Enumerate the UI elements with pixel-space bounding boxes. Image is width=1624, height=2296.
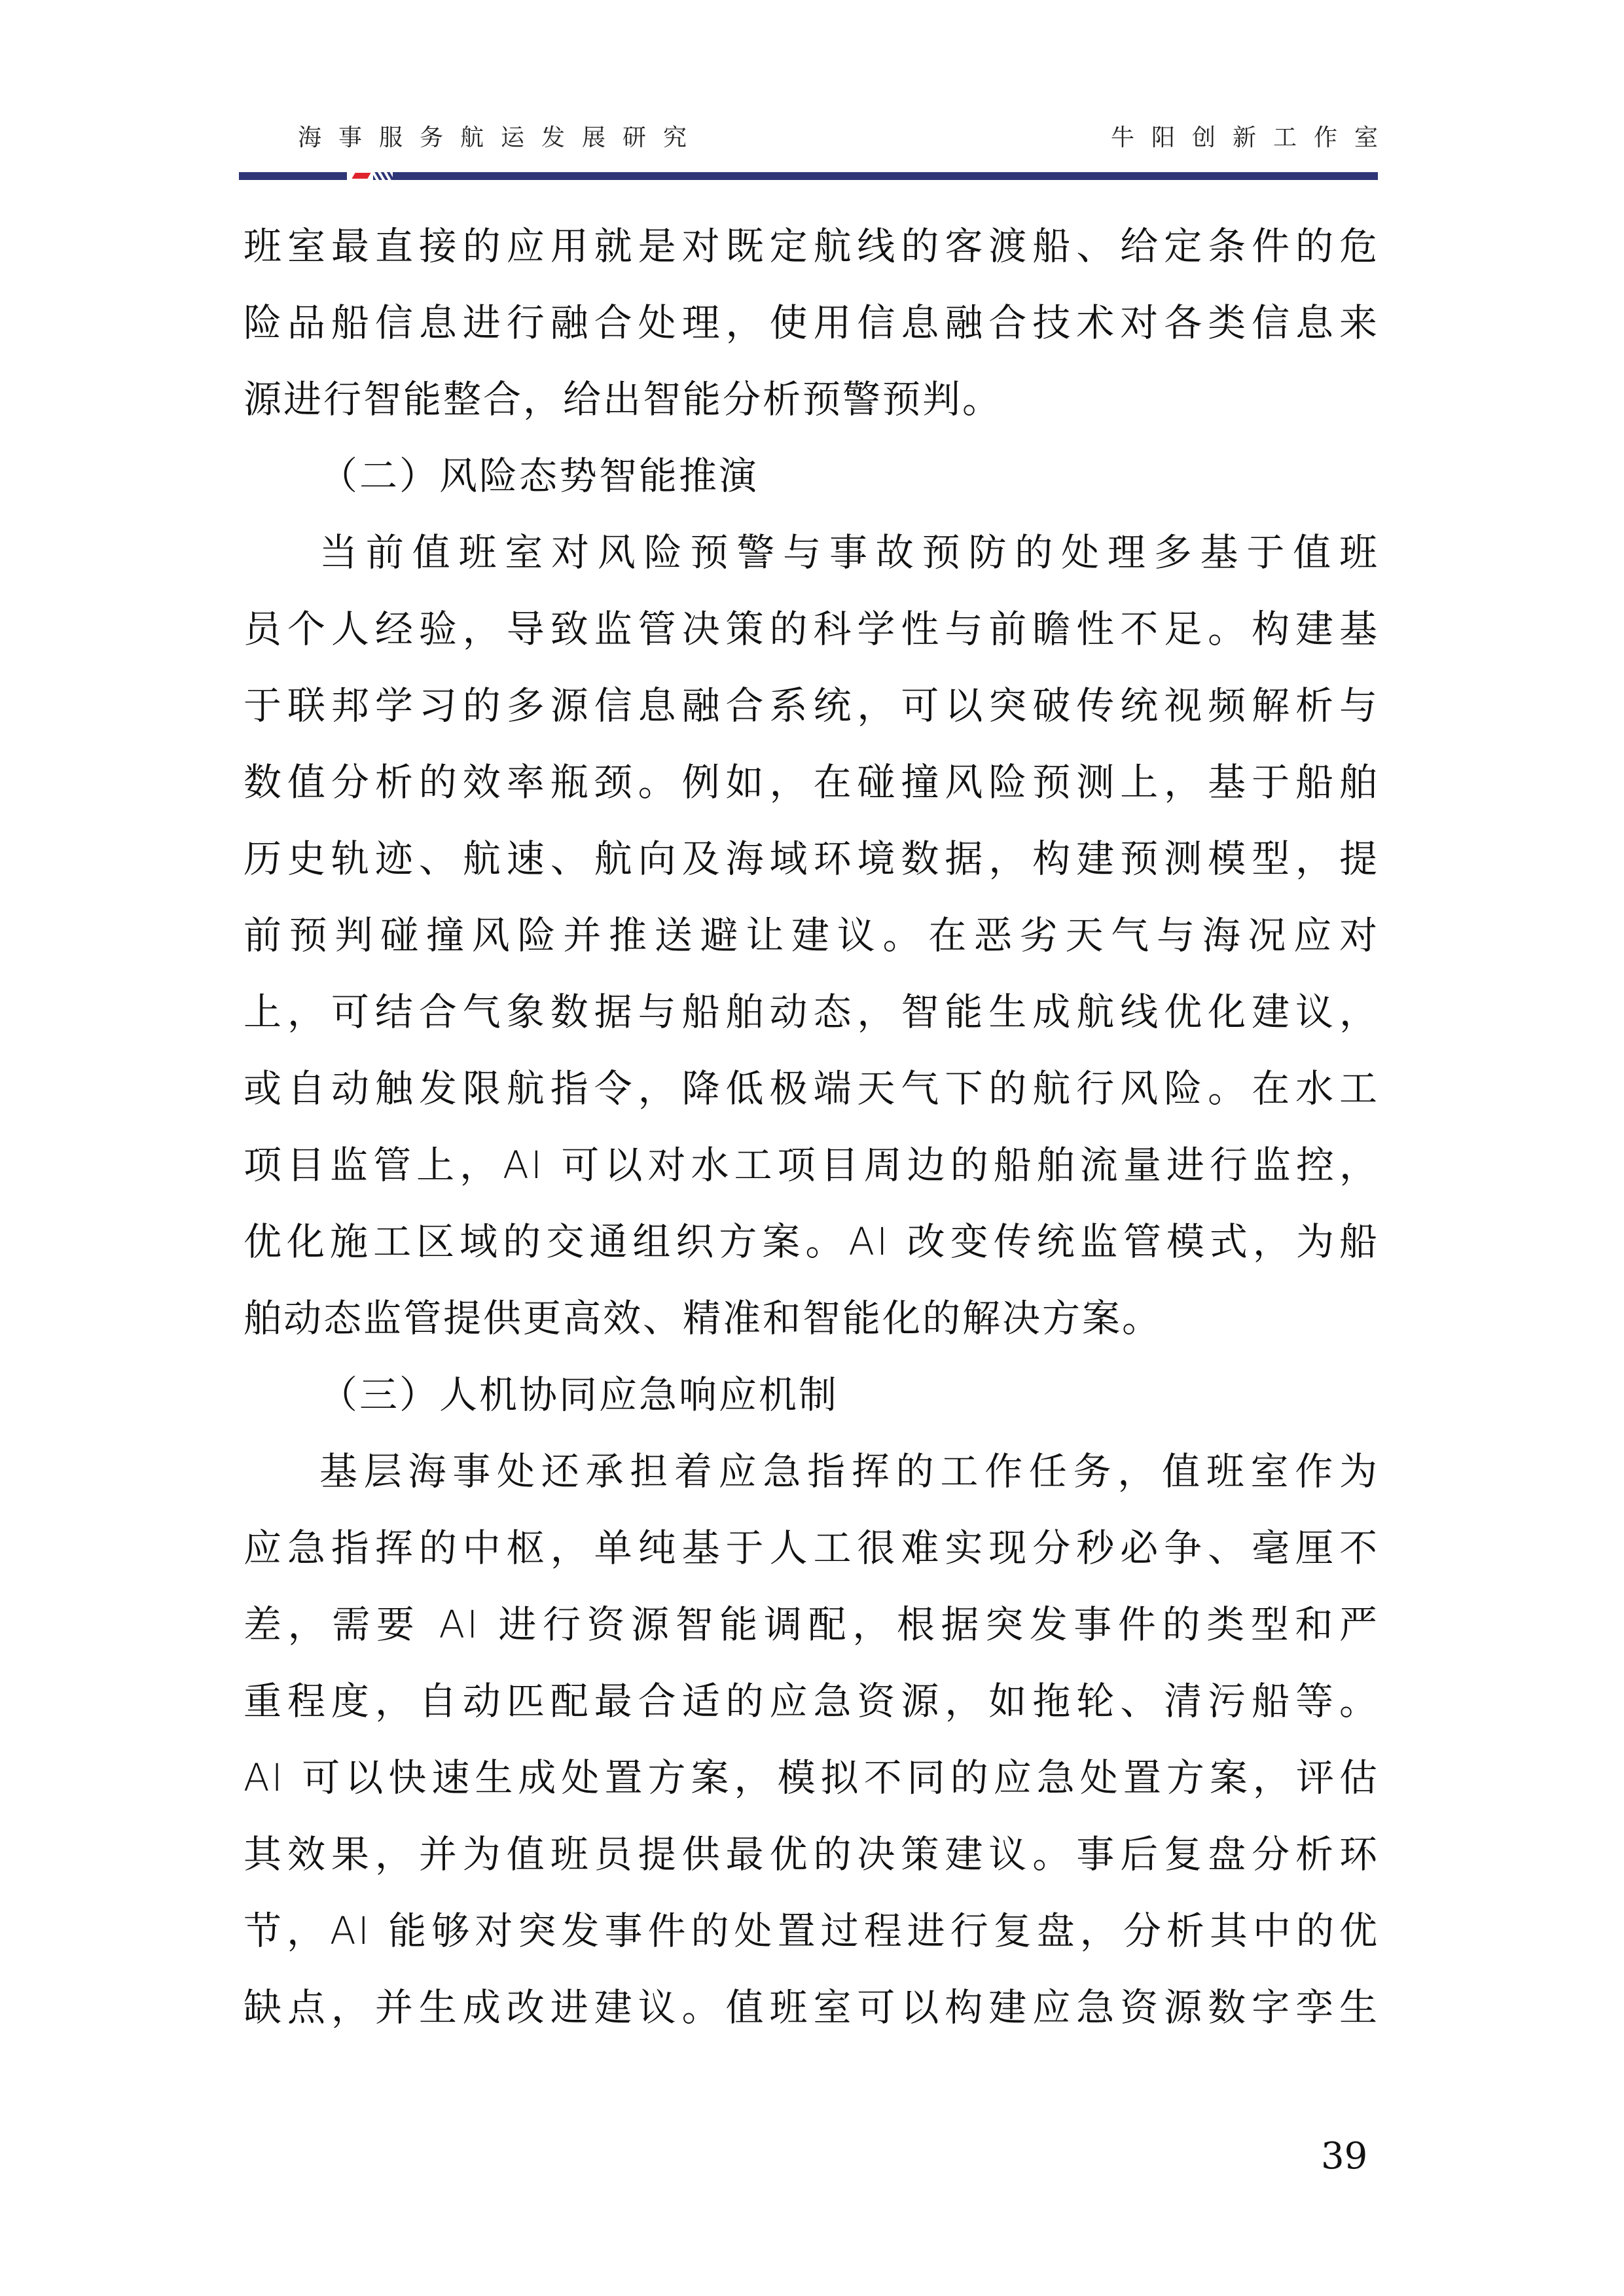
text-line: 历史轨迹、航速、航向及海域环境数据，构建预测模型，提 xyxy=(244,821,1379,897)
text-line: 缺点，并生成改进建议。值班室可以构建应急资源数字孪生 xyxy=(244,1969,1379,2046)
text-line: 上，可结合气象数据与船舶动态，智能生成航线优化建议， xyxy=(244,974,1379,1050)
text-line: 数值分析的效率瓶颈。例如，在碰撞风险预测上，基于船舶 xyxy=(244,744,1379,821)
text-line: 项目监管上，AI 可以对水工项目周边的船舶流量进行监控， xyxy=(244,1127,1379,1204)
text-line: 优化施工区域的交通组织方案。AI 改变传统监管模式，为船 xyxy=(244,1204,1379,1280)
section-heading-risk-simulation: （二）风险态势智能推演 xyxy=(244,438,1382,514)
text-line: AI 可以快速生成处置方案，模拟不同的应急处置方案，评估 xyxy=(244,1740,1379,1816)
header-publication-title: 海事服务航运发展研究 xyxy=(298,119,704,152)
page-body: 班室最直接的应用就是对既定航线的客渡船、给定条件的危 险品船信息进行融合处理，使… xyxy=(244,208,1382,2046)
header-divider-rule xyxy=(239,172,1378,180)
paragraph-emergency-response: 基层海事处还承担着应急指挥的工作任务，值班室作为 应急指挥的中枢，单纯基于人工很… xyxy=(244,1433,1382,2046)
text-line: 其效果，并为值班员提供最优的决策建议。事后复盘分析环 xyxy=(244,1816,1379,1893)
page-number: 39 xyxy=(1321,2135,1367,2178)
paragraph-continuation: 班室最直接的应用就是对既定航线的客渡船、给定条件的危 险品船信息进行融合处理，使… xyxy=(244,208,1382,438)
text-line: 舶动态监管提供更高效、精准和智能化的解决方案。 xyxy=(244,1280,1379,1357)
section-heading-emergency-response: （三）人机协同应急响应机制 xyxy=(244,1357,1382,1433)
text-line: 当前值班室对风险预警与事故预防的处理多基于值班 xyxy=(244,514,1379,591)
text-line: 班室最直接的应用就是对既定航线的客渡船、给定条件的危 xyxy=(244,208,1379,285)
header-rule-stripes-accent xyxy=(373,172,393,180)
text-line: 重程度，自动匹配最合适的应急资源，如拖轮、清污船等。 xyxy=(244,1663,1379,1740)
header-studio-name: 牛阳创新工作室 xyxy=(1111,119,1395,152)
text-line: 节，AI 能够对突发事件的处置过程进行复盘，分析其中的优 xyxy=(244,1893,1379,1969)
paragraph-risk-simulation: 当前值班室对风险预警与事故预防的处理多基于值班 员个人经验，导致监管决策的科学性… xyxy=(244,514,1382,1357)
text-line: 源进行智能整合，给出智能分析预警预判。 xyxy=(244,361,1379,438)
text-line: 应急指挥的中枢，单纯基于人工很难实现分秒必争、毫厘不 xyxy=(244,1510,1379,1587)
page-header: 海事服务航运发展研究 牛阳创新工作室 xyxy=(239,111,1378,190)
text-line: 于联邦学习的多源信息融合系统，可以突破传统视频解析与 xyxy=(244,668,1379,744)
text-line: 前预判碰撞风险并推送避让建议。在恶劣天气与海况应对 xyxy=(244,897,1379,974)
text-line: 差，需要 AI 进行资源智能调配，根据突发事件的类型和严 xyxy=(244,1587,1379,1663)
text-line: 基层海事处还承担着应急指挥的工作任务，值班室作为 xyxy=(244,1433,1379,1510)
text-line: 或自动触发限航指令，降低极端天气下的航行风险。在水工 xyxy=(244,1050,1379,1127)
text-line: 员个人经验，导致监管决策的科学性与前瞻性不足。构建基 xyxy=(244,591,1379,668)
text-line: 险品船信息进行融合处理，使用信息融合技术对各类信息来 xyxy=(244,285,1379,361)
